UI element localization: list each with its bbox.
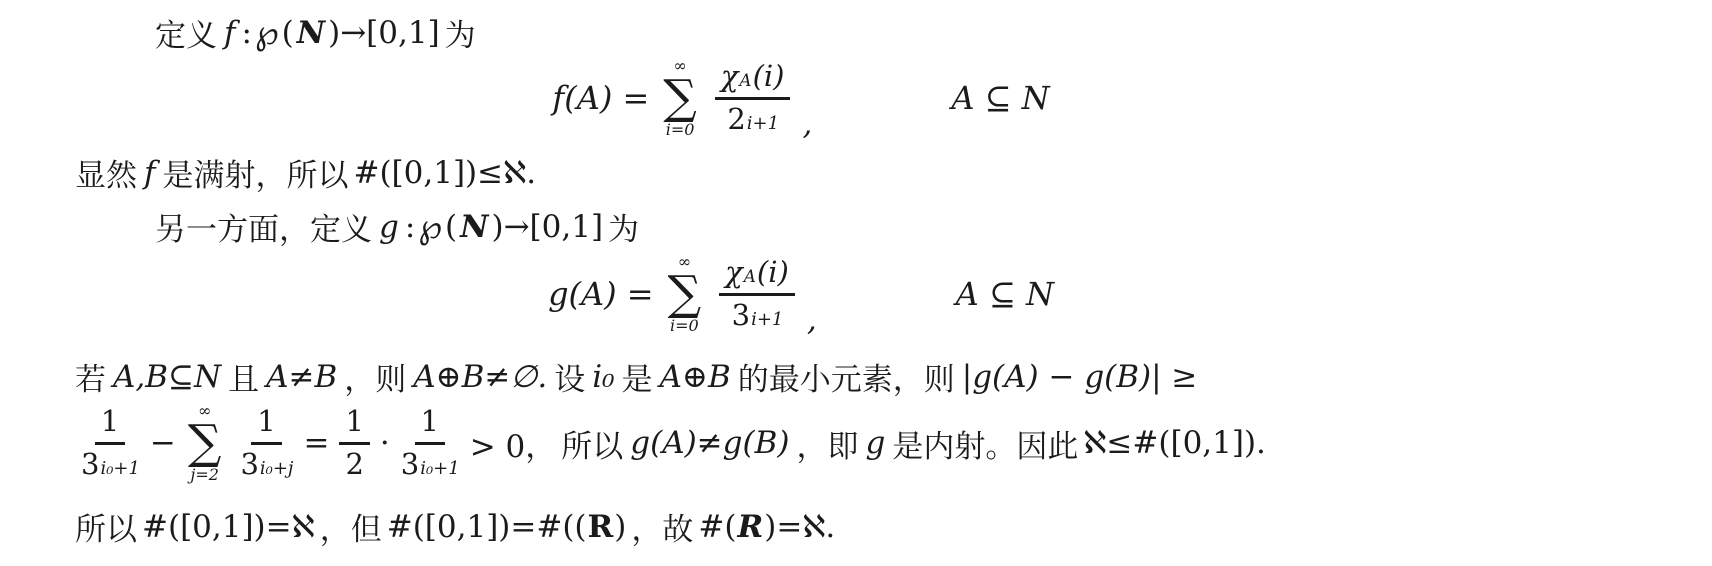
base-3: 3: [732, 299, 750, 332]
denominator-2: 2: [345, 448, 363, 481]
cardinality-inequality: ℵ≤#([0,1]).: [1083, 425, 1266, 461]
sigma-symbol: ∑: [663, 76, 697, 121]
text-run: ，则: [344, 354, 406, 399]
math-run: #([0,1])=#((: [387, 509, 587, 545]
lhs-equals: (A) =: [564, 79, 649, 117]
exponent: i+1: [747, 114, 779, 135]
math-run: g(A)≠g(B): [630, 425, 789, 461]
exponent: i₀+j: [260, 459, 294, 480]
set-n-bold: N: [460, 209, 488, 245]
base-3: 3: [240, 448, 258, 481]
paragraph-define-f: 定义 f : ℘ ( N )→[0,1] 为: [152, 10, 479, 55]
set-r-bold-italic: R: [737, 509, 763, 545]
display-formula-f: f (A) = ∞ ∑ i=0 χA(i) 2i+1 , A ⊆ N: [0, 50, 1657, 146]
comma: ,: [807, 302, 817, 342]
base-2: 2: [727, 103, 745, 136]
chi-subscript-a: A: [744, 267, 756, 286]
power-set-symbol: ℘: [418, 207, 442, 247]
text-run: 且: [228, 354, 259, 399]
fraction-numerator: χA(i): [715, 60, 791, 99]
fraction-denominator: 3i+1: [731, 296, 784, 332]
function-g: g: [865, 425, 885, 461]
fraction-denominator: 3i₀+1: [400, 445, 460, 481]
argument-i: (i): [753, 60, 785, 93]
paragraph-conclusion: 所以 #([0,1])=ℵ ，但 #([0,1])=#(( R ) ，故 #( …: [72, 504, 837, 549]
fraction-denominator: 3i₀+1: [80, 445, 140, 481]
sigma-symbol: ∑: [668, 272, 702, 317]
fraction-denominator: 3i₀+j: [239, 445, 293, 481]
greater-than-zero: > 0，: [470, 421, 557, 466]
exponent: i+1: [751, 310, 783, 331]
text-run: 设: [554, 354, 585, 399]
text-run: 另一方面，定义: [155, 204, 372, 249]
math-run: A≠B: [266, 359, 337, 395]
text-run: 所以: [561, 421, 623, 466]
fraction-numerator: 1: [251, 405, 281, 444]
fraction-numerator: 1: [415, 405, 445, 444]
text-run: 所以: [75, 504, 137, 549]
chi-symbol: χ: [725, 256, 743, 289]
text-run: 是满射，所以: [162, 150, 348, 195]
sigma-symbol: ∑: [188, 421, 222, 466]
fraction-denominator: 2: [344, 445, 364, 481]
paren-close: ): [614, 509, 626, 545]
colon: :: [405, 209, 415, 245]
lhs-equals: (A) =: [569, 275, 654, 313]
text-run: ，即: [796, 421, 858, 466]
cardinality-inequality: #([0,1])≤ℵ.: [353, 155, 536, 191]
base-3: 3: [81, 448, 99, 481]
numerator-1: 1: [101, 405, 119, 438]
numerator-1: 1: [421, 405, 439, 438]
function-f: f: [144, 155, 155, 191]
fraction-chi-over-2: χA(i) 2i+1: [715, 60, 791, 136]
math-run: A⊕B≠∅.: [413, 359, 547, 395]
text-run: 为: [608, 204, 639, 249]
function-g: g: [548, 275, 568, 313]
math-run: A,B⊆N: [113, 359, 221, 395]
sum-lower-limit: i=0: [666, 120, 695, 140]
argument-i: (i): [757, 256, 789, 289]
text-run: 为: [445, 10, 476, 55]
fraction-numerator: χA(i): [719, 256, 795, 295]
fraction-one-half: 1 2: [339, 405, 369, 481]
chi-subscript-a: A: [739, 71, 751, 90]
condition-a-subset-n: A ⊆ N: [951, 79, 1049, 117]
summation: ∞ ∑ i=0: [668, 252, 702, 337]
minus-sign: −: [150, 425, 176, 461]
sum-lower-limit: j=2: [190, 465, 219, 485]
display-formula-g: g (A) = ∞ ∑ i=0 χA(i) 3i+1 , A ⊆ N: [0, 246, 1657, 342]
document-page: 定义 f : ℘ ( N )→[0,1] 为 f (A) = ∞ ∑ i=0 χ…: [0, 0, 1712, 566]
index-i0: i₀: [592, 359, 614, 395]
condition-a-subset-n: A ⊆ N: [956, 275, 1054, 313]
numerator-1: 1: [345, 405, 363, 438]
text-run: 是: [622, 354, 653, 399]
summation: ∞ ∑ i=0: [663, 56, 697, 141]
paren-open: (: [445, 209, 457, 245]
exponent: i₀+1: [100, 459, 139, 480]
paragraph-f-surjective: 显然 f 是满射，所以 #([0,1])≤ℵ.: [72, 150, 538, 195]
numerator-1: 1: [257, 405, 275, 438]
paragraph-define-g: 另一方面，定义 g : ℘ ( N )→[0,1] 为: [152, 204, 642, 249]
math-run: )=ℵ.: [764, 509, 835, 545]
fraction-1-over-3: 1 3i₀+1: [80, 405, 140, 481]
text-run: ，但: [320, 504, 382, 549]
base-3: 3: [401, 448, 419, 481]
math-run: #(: [698, 509, 736, 545]
fraction-1-over-3: 1 3i₀+j: [239, 405, 293, 481]
arrow-interval: )→[0,1]: [328, 15, 440, 51]
sum-lower-limit: i=0: [670, 316, 699, 336]
chi-symbol: χ: [721, 60, 739, 93]
fraction-1-over-3: 1 3i₀+1: [400, 405, 460, 481]
fraction-chi-over-3: χA(i) 3i+1: [719, 256, 795, 332]
math-run: |g(A) − g(B)| ≥: [962, 359, 1198, 395]
summation: ∞ ∑ j=2: [188, 401, 222, 486]
equals-sign: =: [303, 425, 329, 461]
text-run: 显然: [75, 150, 137, 195]
text-run: 若: [75, 354, 106, 399]
math-run: #([0,1])=ℵ: [142, 509, 315, 545]
paragraph-inequality-chain: 1 3i₀+1 − ∞ ∑ j=2 1 3i₀+j = 1 2 · 1 3i₀+…: [72, 398, 1268, 488]
function-f: f: [224, 15, 235, 51]
fraction-denominator: 2i+1: [726, 100, 779, 136]
paren-open: (: [282, 15, 294, 51]
text-run: 的最小元素，则: [738, 354, 955, 399]
colon: :: [241, 15, 251, 51]
power-set-symbol: ℘: [255, 13, 279, 53]
middle-dot: ·: [380, 425, 390, 461]
fraction-numerator: 1: [339, 405, 369, 444]
arrow-interval: )→[0,1]: [491, 209, 603, 245]
text-run: ，故: [631, 504, 693, 549]
paragraph-symmetric-difference: 若 A,B⊆N 且 A≠B ，则 A⊕B≠∅. 设 i₀ 是 A⊕B 的最小元素…: [72, 354, 1201, 399]
math-run: A⊕B: [660, 359, 731, 395]
function-f: f: [552, 79, 564, 117]
function-g: g: [379, 209, 399, 245]
set-r-bold: R: [588, 509, 614, 545]
exponent: i₀+1: [420, 459, 459, 480]
fraction-numerator: 1: [95, 405, 125, 444]
comma: ,: [802, 106, 812, 146]
set-n-bold: N: [297, 15, 325, 51]
text-run: 是内射。因此: [892, 421, 1078, 466]
text-run: 定义: [155, 10, 217, 55]
